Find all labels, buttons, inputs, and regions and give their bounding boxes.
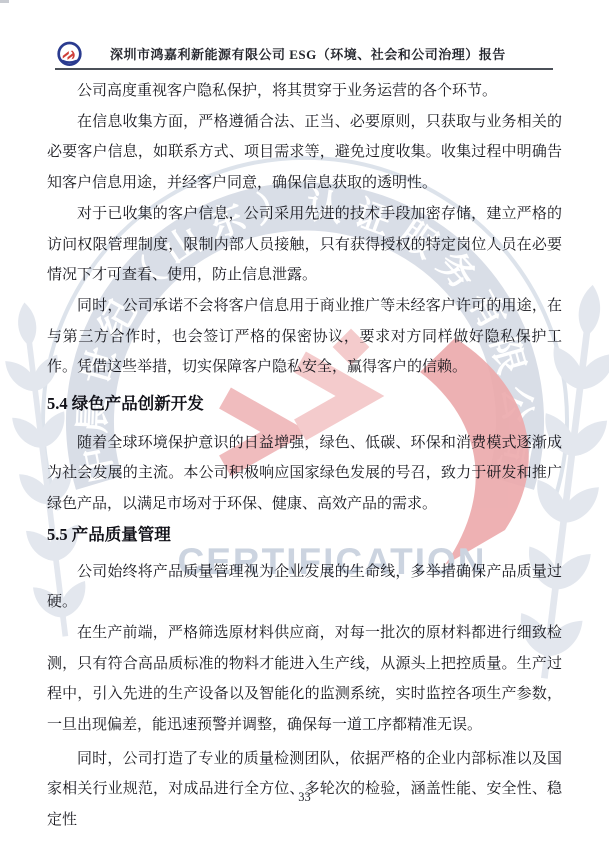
paragraph-privacy-intro: 公司高度重视客户隐私保护，将其贯穿于业务运营的各个环节。 — [47, 76, 562, 107]
report-body: 公司高度重视客户隐私保护，将其贯穿于业务运营的各个环节。 在信息收集方面，严格遵… — [47, 76, 562, 836]
paragraph-quality-production: 在生产前端，严格筛选原材料供应商，对每一批次的原材料都进行细致检测，只有符合高品… — [47, 618, 562, 741]
section-heading-5-5: 5.5 产品质量管理 — [47, 520, 562, 551]
paragraph-info-commitment: 同时，公司承诺不会将客户信息用于商业推广等未经客户许可的用途，在与第三方合作时，… — [47, 291, 562, 383]
paragraph-info-storage: 对于已收集的客户信息，公司采用先进的技术手段加密存储，建立严格的访问权限管理制度… — [47, 199, 562, 291]
paragraph-quality-lifeline: 公司始终将产品质量管理视为企业发展的生命线，多举措确保产品质量过硬。 — [47, 557, 562, 618]
document-page: 中晨世纪（山东）认证服务有限公司 CERTIFICATION 深圳市鸿嘉利新能源… — [0, 0, 609, 861]
paragraph-info-collection: 在信息收集方面，严格遵循合法、正当、必要原则，只获取与业务相关的必要客户信息，如… — [47, 107, 562, 199]
header-divider — [55, 68, 553, 70]
report-header-title: 深圳市鸿嘉利新能源有限公司 ESG（环境、社会和公司治理）报告 — [110, 44, 506, 63]
company-logo-icon — [56, 41, 83, 68]
paragraph-green-products: 随着全球环境保护意识的日益增强，绿色、低碳、环保和消费模式逐渐成为社会发展的主流… — [47, 428, 562, 520]
page-number: 33 — [0, 790, 609, 805]
scan-corner-artifact — [0, 0, 9, 3]
section-heading-5-4: 5.4 绿色产品创新开发 — [47, 389, 562, 420]
